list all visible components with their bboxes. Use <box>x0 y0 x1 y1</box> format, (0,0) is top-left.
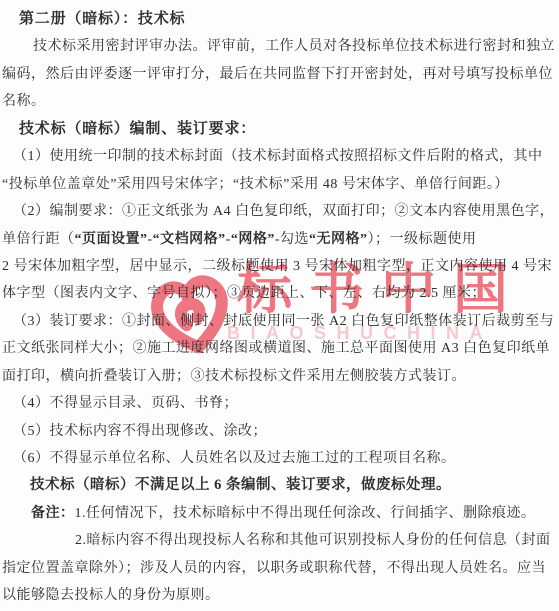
text-line: 2 号宋体加粗字型，居中显示，二级标题使用 3 号宋体加粗字型，正文内容使用 4… <box>0 253 559 280</box>
text-line: 技术标（暗标）编制、装订要求： <box>0 116 559 143</box>
text-line: 正文纸张同样大小；②施工进度网络图或横道图、施工总平面图使用 A3 白色复印纸单 <box>0 335 559 362</box>
text-segment: 单倍行距（ <box>2 232 75 247</box>
text-line: 备注：1.任何情况下，技术标暗标中不得出现任何涂改、行间插字、删除痕迹。 <box>0 500 559 527</box>
text-segment: 正文纸张同样大小；②施工进度网络图或横道图、施工总平面图使用 A3 白色复印纸单 <box>2 341 550 356</box>
text-segment: “网格” <box>231 232 275 247</box>
text-segment: （5）技术标内容不得出现修改、涂改； <box>13 424 267 439</box>
text-segment: 名称。 <box>2 94 46 109</box>
text-segment: 以能够隐去投标人的身份为原则。 <box>2 588 220 603</box>
text-line: （4）不得显示目录、页码、书脊； <box>0 390 559 417</box>
text-line: （6）不得显示单位名称、人员姓名以及过去施工过的工程项目名称。 <box>0 445 559 472</box>
text-segment: （2）编制要求：①正文纸张为 A4 白色复印纸，双面打印；②文本内容使用黑色字， <box>13 204 554 219</box>
text-line: 2.暗标内容不得出现投标人名称和其他可识别投标人身份的任何信息（封面 <box>0 527 559 554</box>
text-segment: （6）不得显示单位名称、人员姓名以及过去施工过的工程项目名称。 <box>13 451 456 466</box>
text-line: “投标单位盖章处”采用四号宋体字；“技术标”采用 48 号宋体字、单倍行间距。） <box>0 171 559 198</box>
text-segment: 技术标采用密封评审办法。评审前，工作人员对各投标单位技术标进行密封和独立 <box>33 39 555 54</box>
text-segment: 2 号宋体加粗字型，居中显示，二级标题使用 3 号宋体加粗字型，正文内容使用 4… <box>2 259 552 274</box>
text-segment: （3）装订要求：①封面、侧封、封底使用同一张 A2 白色复印纸整体装订后裁剪至与 <box>13 314 554 329</box>
text-segment: 备注： <box>31 506 75 521</box>
text-line: 技术标（暗标）不满足以上 6 条编制、装订要求，做废标处理。 <box>0 472 559 499</box>
text-segment: 第二册（暗标）：技术标 <box>19 11 185 27</box>
text-segment: 2.暗标内容不得出现投标人名称和其他可识别投标人身份的任何信息（封面 <box>75 533 551 548</box>
text-segment: 技术标（暗标）不满足以上 6 条编制、装订要求，做废标处理。 <box>30 477 451 493</box>
text-segment: -勾选 <box>275 232 309 247</box>
text-segment: 面打印，横向折叠装订入册；③技术标投标文件采用左侧胶装方式装订。 <box>2 369 466 384</box>
text-line: 以能够隐去投标人的身份为原则。 <box>0 582 559 609</box>
text-line: （1）使用统一印制的技术标封面（技术标封面格式按照招标文件后附的格式，其中 <box>0 143 559 170</box>
text-segment: “投标单位盖章处”采用四号宋体字；“技术标”采用 48 号宋体字、单倍行间距。） <box>2 177 509 192</box>
text-line: 单倍行距（“页面设置”-“文档网格”-“网格”-勾选“无网格”）；一级标题使用 <box>0 226 559 253</box>
text-segment: 编码，然后由评委逐一评审打分，最后在共同监督下打开密封处，再对号填写投标单位 <box>2 67 553 82</box>
text-line: 第二册（暗标）：技术标 <box>0 6 559 33</box>
text-line: （2）编制要求：①正文纸张为 A4 白色复印纸，双面打印；②文本内容使用黑色字， <box>0 198 559 225</box>
text-line: （3）装订要求：①封面、侧封、封底使用同一张 A2 白色复印纸整体装订后裁剪至与 <box>0 308 559 335</box>
text-segment: （1）使用统一印制的技术标封面（技术标封面格式按照招标文件后附的格式，其中 <box>13 149 543 164</box>
text-segment: 指定位置盖章除外）；涉及人员的内容，以职务或职称代替，不得出现人员姓名。应当 <box>2 561 546 576</box>
text-segment: 1.任何情况下，技术标暗标中不得出现任何涂改、行间插字、删除痕迹。 <box>75 506 536 521</box>
text-segment: “无网格” <box>309 232 368 247</box>
text-segment: （4）不得显示目录、页码、书脊； <box>13 396 238 411</box>
text-line: 编码，然后由评委逐一评审打分，最后在共同监督下打开密封处，再对号填写投标单位 <box>0 61 559 88</box>
text-segment: “页面设置” <box>75 232 148 247</box>
text-segment: ）；一级标题使用 <box>368 232 477 247</box>
text-line: 指定位置盖章除外）；涉及人员的内容，以职务或职称代替，不得出现人员姓名。应当 <box>0 555 559 582</box>
text-segment: 技术标（暗标）编制、装订要求： <box>19 121 256 137</box>
text-line: 名称。 <box>0 88 559 115</box>
text-segment: “文档网格” <box>153 232 226 247</box>
document-page: 标书中国 BIAOSHUCHINA 第二册（暗标）：技术标技术标采用密封评审办法… <box>0 0 559 611</box>
text-lines: 第二册（暗标）：技术标技术标采用密封评审办法。评审前，工作人员对各投标单位技术标… <box>0 0 559 610</box>
text-segment: 体字型（图表内文字、字号自拟）；③页边距上、下、左、右均为 2.5 厘米； <box>2 286 486 301</box>
text-line: 面打印，横向折叠装订入册；③技术标投标文件采用左侧胶装方式装订。 <box>0 363 559 390</box>
text-line: （5）技术标内容不得出现修改、涂改； <box>0 418 559 445</box>
text-line: 技术标采用密封评审办法。评审前，工作人员对各投标单位技术标进行密封和独立 <box>0 33 559 60</box>
text-line: 体字型（图表内文字、字号自拟）；③页边距上、下、左、右均为 2.5 厘米； <box>0 280 559 307</box>
